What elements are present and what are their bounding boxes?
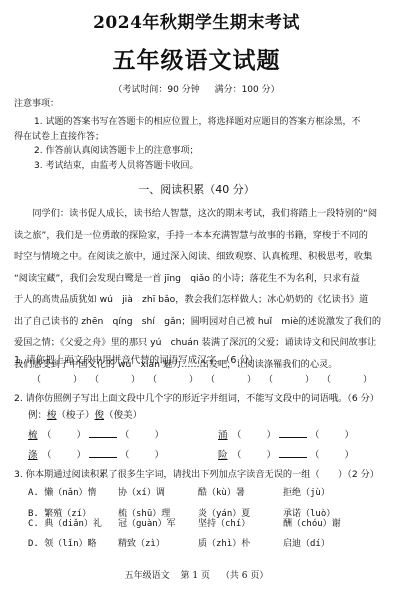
answer-blank[interactable]: （） [90, 372, 140, 385]
question-1: 1. 请你把上面文段中用拼音代替的词语写成汉字。（6 分） [14, 352, 258, 366]
q1-answer-blanks: （） （） （） （） （） （） [32, 372, 372, 385]
passage-line: “阅读宝藏”，我们会发现白鹭是一首 jīng qiǎo 的小诗；落花生不为名利，… [14, 268, 384, 290]
question-3: 3. 你本期通过阅读积累了很多生字词，请找出下列加点字读音无误的一组（ ）（2 … [14, 466, 379, 480]
answer-blank[interactable]: （） [232, 427, 276, 441]
answer-blank[interactable]: （） [32, 372, 82, 385]
answer-blank[interactable]: （） [232, 447, 276, 461]
answer-blank[interactable]: （） [120, 427, 164, 441]
answer-blank[interactable]: （） [42, 427, 86, 441]
exam-title: 2024年秋期学生期末考试 [0, 8, 393, 33]
note-item: 2. 作答前认真阅读答题卡上的注意事项； [34, 145, 198, 157]
answer-line[interactable] [89, 428, 117, 438]
option-a[interactable]: A. 懒（nǎn）惰 协（xí）调 酷（kù）暑 拒绝（jù） [28, 485, 330, 498]
exam-time: （考试时间：90 分钟 [113, 85, 199, 95]
footer-total: （共 6 页） [221, 571, 268, 581]
q2-row: 梳 （） （） 涌 （） （） [28, 427, 388, 441]
answer-blank[interactable]: （） [310, 447, 354, 461]
word-group: 涤 （） （） [28, 447, 198, 461]
answer-blank[interactable]: （） [42, 447, 86, 461]
answer-blank[interactable]: （） [322, 372, 372, 385]
reading-passage: 同学们：读书促人成长，读书给人智慧，这次的期末考试，我们将踏上一段特别的“阅 读… [14, 203, 384, 375]
word-group: 梳 （） （） [28, 427, 198, 441]
footer-page: 第 1 页 [181, 571, 210, 581]
note-item: 得在试卷上直接作答； [14, 131, 104, 143]
exam-page: 2024年秋期学生期末考试 五年级语文试题 （考试时间：90 分钟 满分：100… [0, 0, 393, 605]
option-c[interactable]: C. 典（diǎn）礼 冠（guàn）军 坚持（chí） 酬（chóu）谢 [28, 516, 341, 529]
question-2: 2. 请你仿照例子写出上面文段中几个字的形近字并组词，不能写文段中的词语哦。（6… [14, 390, 379, 404]
passage-line: 出了自己读书的 zhēn qíng shí gǎn；圆明园对自己被 huǐ mi… [14, 311, 384, 333]
word-group: 涌 （） （） [218, 427, 388, 441]
exam-meta: （考试时间：90 分钟 满分：100 分） [0, 82, 393, 95]
option-d[interactable]: D. 领（lǐn）略 精致（zì） 质（zhì）朴 启迪（dí） [28, 536, 330, 549]
answer-blank[interactable]: （） [206, 372, 256, 385]
passage-line: 同学们：读书促人成长，读书给人智慧，这次的期末考试，我们将踏上一段特别的“阅 [14, 203, 384, 225]
note-item: 1. 试题的答案书写在答题卡的相应位置上，将选择题对应题目的答案方框涂黑，不 [34, 116, 360, 128]
section-title: 一、阅读积累（40 分） [0, 181, 393, 197]
answer-blank[interactable]: （） [264, 372, 314, 385]
notes-heading: 注意事项： [14, 98, 59, 110]
answer-blank[interactable]: （） [310, 427, 354, 441]
answer-line[interactable] [279, 428, 307, 438]
passage-line: 时空与情境之中。在阅读之旅中，通过深入阅读、细致观察、认真梳理、积极思考，收集 [14, 246, 384, 268]
passage-line: 读之旅”，我们是一位勇敢的探险家，手持一本本充满智慧与故事的书籍，穿梭于不同的 [14, 225, 384, 247]
answer-line[interactable] [279, 448, 307, 458]
passage-line: 爱国之情；《父爱之舟》里的那只 yú chuán 装满了深沉的父爱；诵读诗文和民… [14, 332, 384, 354]
full-score: 满分：100 分） [215, 85, 280, 95]
exam-subtitle: 五年级语文试题 [0, 42, 393, 75]
q2-example: 例：梭（梭子）俊（俊美） [28, 407, 142, 421]
word-group: 险 （） （） [218, 447, 388, 461]
footer-subject: 五年级语文 [125, 571, 170, 581]
answer-blank[interactable]: （） [148, 372, 198, 385]
page-footer: 五年级语文 第 1 页 （共 6 页） [0, 568, 393, 581]
answer-blank[interactable]: （） [120, 447, 164, 461]
passage-line: 于人的高贵品质犹如 wú jià zhī bǎo，教会我们怎样做人；冰心奶奶的《… [14, 289, 384, 311]
note-item: 3. 考试结束，由监考人员将答题卡收回。 [34, 160, 198, 172]
q2-row: 涤 （） （） 险 （） （） [28, 447, 388, 461]
answer-line[interactable] [89, 448, 117, 458]
